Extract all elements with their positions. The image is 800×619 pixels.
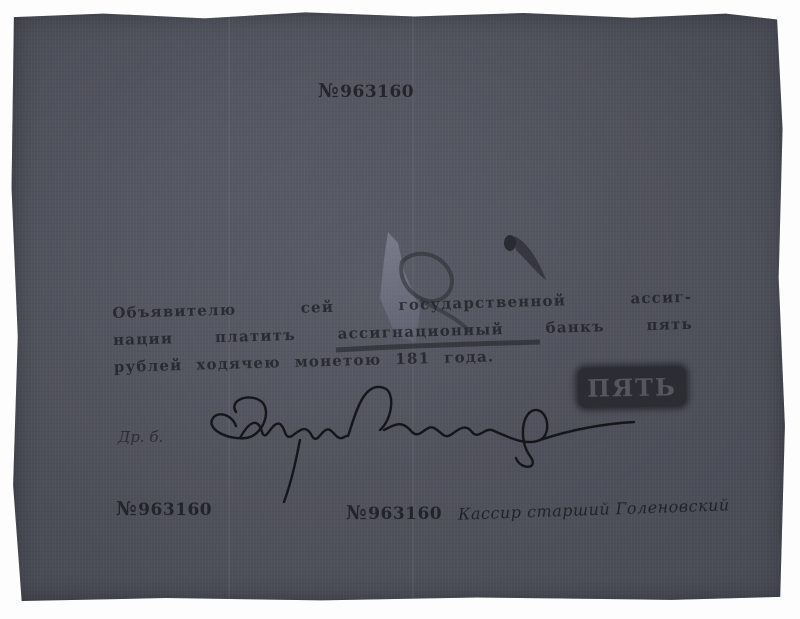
word: пять [646, 311, 693, 339]
denomination-stamp: ПЯТЬ [578, 366, 687, 408]
serial-value: 963160 [138, 500, 212, 520]
number-sign: № [318, 80, 339, 102]
word: Объявителю [112, 297, 237, 327]
serial-number-top: №963160 [318, 80, 414, 102]
word: платитъ [215, 322, 297, 351]
page: №963160 Объявителю сей государственной а… [0, 0, 800, 619]
word: рублей [114, 352, 183, 381]
word: монетою [294, 347, 381, 376]
word: года. [444, 343, 495, 371]
word: государственной [398, 287, 566, 319]
word: сей [300, 294, 334, 322]
body-text: Объявителю сей государственной ассиг- на… [112, 284, 694, 381]
number-sign: № [346, 502, 367, 524]
serial-value: 963160 [340, 82, 414, 102]
word: ассиг- [630, 284, 692, 313]
serial-value: 963160 [368, 504, 442, 524]
word: 181 [395, 345, 431, 373]
signature-label: Др. б. [118, 428, 163, 446]
word: ходячею [196, 349, 281, 378]
serial-number-bottom-right: №963160 [346, 502, 442, 524]
number-sign: № [116, 498, 137, 520]
word: нации [113, 325, 174, 354]
denomination-text: ПЯТЬ [587, 372, 677, 403]
word: банкъ [545, 313, 605, 342]
serial-number-bottom-left: №963160 [116, 498, 212, 520]
